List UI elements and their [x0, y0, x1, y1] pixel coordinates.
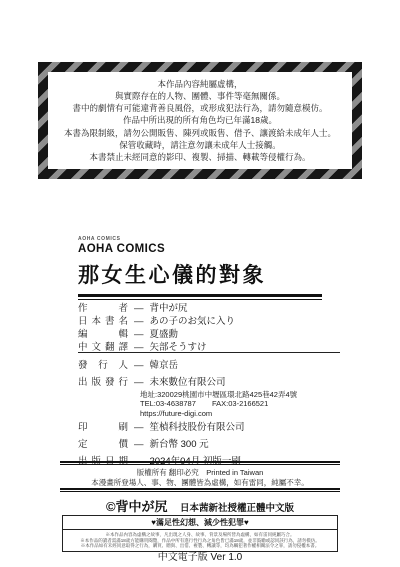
brand-block: AOHA COMICS AOHA COMICS 那女生心儀的對象: [78, 236, 322, 300]
notice-line: ※本作品內容為虛構之故事，凡出現之人身、故事、背景及場所皆為虛構，如有雷同純屬巧…: [66, 532, 334, 538]
publisher-tel: TEL:03-4638787: [140, 399, 196, 408]
separator-dash: —: [128, 316, 150, 328]
issuer-label: 發行人: [78, 360, 128, 372]
separator-dash: —: [128, 303, 150, 315]
printer-label: 印刷: [78, 422, 128, 434]
warning-line: 本作品內容純屬虛構，: [157, 78, 242, 90]
page-title: 那女生心儀的對象: [78, 259, 322, 289]
footer-version: 中文電子版 Ver 1.0: [0, 548, 400, 563]
issuer-row: 發行人 — 韓京岳: [78, 360, 340, 372]
copyright-line-2: 本漫畫所登場人、事、物、團體皆為虛構，如有雷同，純屬不幸。: [40, 478, 360, 488]
warning-line: 保管收藏時，請注意勿讓未成年人士接觸。: [119, 139, 281, 151]
publisher-label: 出版發行: [78, 377, 128, 389]
separator-dash: —: [128, 360, 150, 372]
publisher-details: 地址:320029桃園市中壢區環北路425巷42弄4號 TEL:03-46387…: [140, 390, 340, 418]
warning-striped-box: 本作品內容純屬虛構， 與實際存在的人物、團體、事件等毫無關係。 書中的劇情有可能…: [38, 62, 362, 179]
copyright-rule-bottom: [60, 488, 340, 492]
publisher-address: 地址:320029桃園市中壢區環北路425巷42弄4號: [140, 390, 340, 399]
title-rule: [78, 294, 322, 300]
colophon-page: 本作品內容純屬虛構， 與實際存在的人物、團體、事件等毫無關係。 書中的劇情有可能…: [0, 0, 400, 567]
price-value: 新台幣 300 元: [150, 439, 209, 451]
credit-label: 作者: [78, 303, 128, 315]
credit-label: 日本書名: [78, 316, 128, 328]
copyright-rule-top: [60, 461, 340, 465]
credit-value: あの子のお気に入り: [150, 316, 236, 328]
credit-row-jp-title: 日本書名 — あの子のお気に入り: [78, 316, 340, 328]
copyright-block: 版權所有 翻印必究 Printed in Taiwan 本漫畫所登場人、事、物、…: [40, 468, 360, 487]
credit-row-editor: 編輯 — 夏盛勳: [78, 329, 340, 341]
separator-dash: —: [128, 422, 150, 434]
publishing-list: 發行人 — 韓京岳 出版發行 — 未來數位有限公司 地址:320029桃園市中壢…: [78, 360, 340, 469]
warning-line: 本書禁止未經同意的影印、複製、掃描、轉載等侵權行為。: [89, 151, 310, 163]
warning-line: 本書為限制級，請勿公開販售、陳列或販售、借予、讓渡給未成年人士。: [64, 127, 336, 139]
publisher-value: 未來數位有限公司: [150, 377, 226, 389]
brand-name: AOHA COMICS: [78, 243, 322, 255]
notice-box: ♥滿足性幻想、減少性犯罪♥ ※本作品內容為虛構之故事，凡出現之人身、故事、背景及…: [62, 515, 338, 552]
price-label: 定價: [78, 439, 128, 451]
price-row: 定價 — 新台幣 300 元: [78, 439, 340, 451]
publisher-tel-fax: TEL:03-4638787 FAX:03-2166521: [140, 399, 340, 408]
copyright-line-1: 版權所有 翻印必究 Printed in Taiwan: [40, 468, 360, 478]
separator-dash: —: [128, 439, 150, 451]
publisher-website: https://future-digi.com: [140, 409, 340, 418]
credits-divider: [78, 352, 340, 353]
publisher-fax: FAX:03-2166521: [212, 399, 268, 408]
warning-line: 與實際存在的人物、團體、事件等毫無關係。: [115, 90, 285, 102]
separator-dash: —: [128, 377, 150, 389]
separator-dash: —: [128, 329, 150, 341]
warning-text-block: 本作品內容純屬虛構， 與實際存在的人物、團體、事件等毫無關係。 書中的劇情有可能…: [48, 72, 352, 169]
credit-value: 背中が尻: [150, 303, 188, 315]
issuer-value: 韓京岳: [150, 360, 179, 372]
credit-row-author: 作者 — 背中が尻: [78, 303, 340, 315]
printer-value: 笙楨科技股份有限公司: [150, 422, 245, 434]
warning-line: 書中的劇情有可能違背善良風俗，或形成犯法行為，請勿隨意模仿。: [72, 102, 327, 114]
warning-line: 作品中所出現的所有角色均已年滿18歲。: [123, 114, 277, 126]
publisher-row: 出版發行 — 未來數位有限公司: [78, 377, 340, 389]
license-author: ©背中が尻: [106, 499, 168, 514]
credit-value: 夏盛勳: [150, 329, 179, 341]
credit-label: 編輯: [78, 329, 128, 341]
license-edition: 日本茜新社授權正體中文版: [180, 503, 294, 514]
printer-row: 印刷 — 笙楨科技股份有限公司: [78, 422, 340, 434]
license-line: ©背中が尻 日本茜新社授權正體中文版: [0, 496, 400, 516]
brand-small-label: AOHA COMICS: [78, 236, 322, 242]
notice-header: ♥滿足性幻想、減少性犯罪♥: [63, 516, 337, 530]
credits-list: 作者 — 背中が尻 日本書名 — あの子のお気に入り 編輯 — 夏盛勳 中文翻譯…: [78, 303, 340, 355]
